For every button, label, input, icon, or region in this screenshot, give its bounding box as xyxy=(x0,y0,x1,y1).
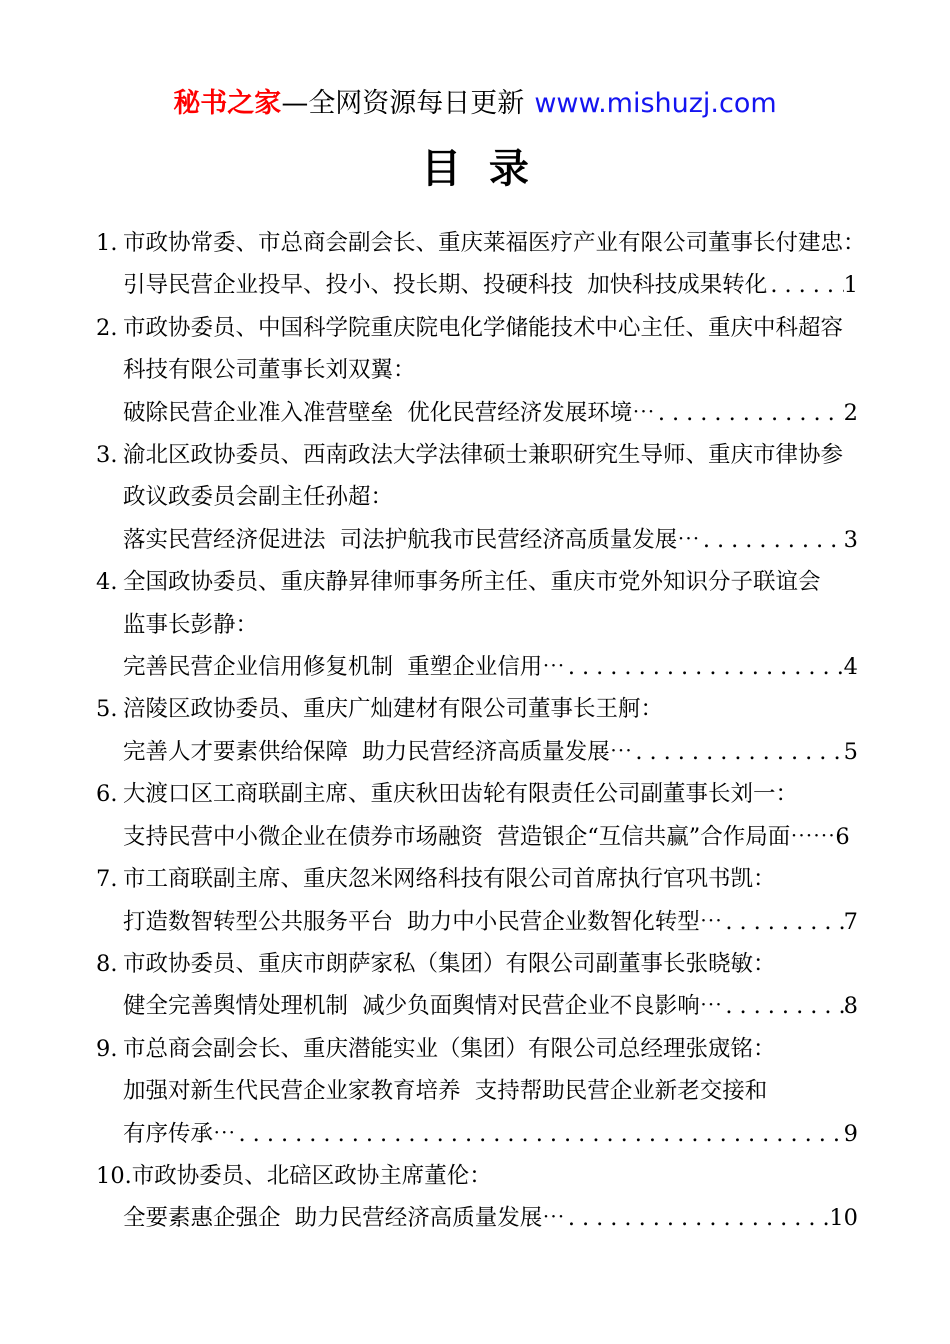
toc-subtitle-text: 打造数智转型公共服务平台 助力中小民营企业数智化转型⋯ xyxy=(123,901,722,943)
toc-subtitle-cont: 加强对新生代民营企业家教育培养 支持帮助民营企业新老交接和 xyxy=(96,1070,858,1112)
toc-number: 5. xyxy=(96,688,123,730)
toc-number: 2. xyxy=(96,307,123,349)
toc-title-line: 6.大渡口区工商联副主席、重庆秋田齿轮有限责任公司副董事长刘一： xyxy=(96,773,858,815)
toc-page-number: 5 xyxy=(844,731,858,773)
toc-title-text: 市政协常委、市总商会副会长、重庆莱福医疗产业有限公司董事长付建忠： xyxy=(123,230,866,256)
toc-number: 10. xyxy=(96,1155,132,1197)
dot-leader: ........................................… xyxy=(236,1113,844,1155)
dot-leader: ........................................… xyxy=(655,392,844,434)
toc-title-line: 7.市工商联副主席、重庆忽米网络科技有限公司首席执行官巩书凯： xyxy=(96,858,858,900)
toc-title-text: 市政协委员、中国科学院重庆院电化学储能技术中心主任、重庆中科超容 xyxy=(123,315,843,341)
toc-subtitle-text: 健全完善舆情处理机制 减少负面舆情对民营企业不良影响⋯ xyxy=(123,985,722,1027)
toc-entry: 10.市政协委员、北碚区政协主席董伦：全要素惠企强企 助力民营经济高质量发展⋯.… xyxy=(96,1155,858,1240)
header-url-link[interactable]: www.mishuzj.com xyxy=(534,88,776,119)
toc-entry: 7.市工商联副主席、重庆忽米网络科技有限公司首席执行官巩书凯：打造数智转型公共服… xyxy=(96,858,858,943)
dot-leader: ........................................… xyxy=(565,646,844,688)
header-tagline: —全网资源每日更新 xyxy=(281,88,524,119)
toc-number: 1. xyxy=(96,222,123,264)
toc-title-text: 涪陵区政协委员、重庆广灿建材有限公司董事长王舸： xyxy=(123,696,663,722)
toc-title-text: 市工商联副主席、重庆忽米网络科技有限公司首席执行官巩书凯： xyxy=(123,866,776,892)
toc-page-number: 10 xyxy=(829,1197,858,1239)
toc-entry: 1.市政协常委、市总商会副会长、重庆莱福医疗产业有限公司董事长付建忠：引导民营企… xyxy=(96,222,858,307)
dot-leader: ........................................… xyxy=(767,264,843,306)
toc-number: 8. xyxy=(96,943,123,985)
toc-subtitle-text: 完善人才要素供给保障 助力民营经济高质量发展⋯ xyxy=(123,731,632,773)
toc-title-line: 4.全国政协委员、重庆静昇律师事务所主任、重庆市党外知识分子联谊会 xyxy=(96,561,858,603)
toc-page-number: 8 xyxy=(844,985,858,1027)
toc-title-text: 市政协委员、北碚区政协主席董伦： xyxy=(132,1163,492,1189)
toc-title-text: 大渡口区工商联副主席、重庆秋田齿轮有限责任公司副董事长刘一： xyxy=(123,781,798,807)
toc-title-text: 渝北区政协委员、西南政法大学法律硕士兼职研究生导师、重庆市律协参 xyxy=(123,442,843,468)
toc-subtitle-line: 完善民营企业信用修复机制 重塑企业信用⋯....................… xyxy=(96,646,858,688)
dot-leader: ........................................… xyxy=(722,901,843,943)
dot-leader: ........................................… xyxy=(565,1197,830,1239)
toc-subtitle-line: 健全完善舆情处理机制 减少负面舆情对民营企业不良影响⋯.............… xyxy=(96,985,858,1027)
toc-title-line: 1.市政协常委、市总商会副会长、重庆莱福医疗产业有限公司董事长付建忠： xyxy=(96,222,858,264)
toc-subtitle-line: 打造数智转型公共服务平台 助力中小民营企业数智化转型⋯.............… xyxy=(96,901,858,943)
toc-entry: 6.大渡口区工商联副主席、重庆秋田齿轮有限责任公司副董事长刘一：支持民营中小微企… xyxy=(96,773,858,858)
toc-subtitle-line: 支持民营中小微企业在债券市场融资 营造银企“互信共赢”合作局面⋯⋯6 xyxy=(96,816,858,858)
toc-entry: 3.渝北区政协委员、西南政法大学法律硕士兼职研究生导师、重庆市律协参政议政委员会… xyxy=(96,434,858,561)
toc-title-line: 3.渝北区政协委员、西南政法大学法律硕士兼职研究生导师、重庆市律协参 xyxy=(96,434,858,476)
toc-subtitle-text: 引导民营企业投早、投小、投长期、投硬科技 加快科技成果转化 xyxy=(123,264,767,306)
dot-leader: ........................................… xyxy=(722,985,843,1027)
toc-title-cont: 政议政委员会副主任孙超： xyxy=(96,476,858,518)
toc-entry: 4.全国政协委员、重庆静昇律师事务所主任、重庆市党外知识分子联谊会监事长彭静：完… xyxy=(96,561,858,688)
toc-page-number: 7 xyxy=(844,901,858,943)
toc-subtitle-line: 落实民营经济促进法 司法护航我市民营经济高质量发展⋯..............… xyxy=(96,519,858,561)
page-title: 目 录 xyxy=(0,142,950,196)
toc-title-line: 10.市政协委员、北碚区政协主席董伦： xyxy=(96,1155,858,1197)
toc-number: 4. xyxy=(96,561,123,603)
toc-list: 1.市政协常委、市总商会副会长、重庆莱福医疗产业有限公司董事长付建忠：引导民营企… xyxy=(96,222,858,1240)
toc-page-number: 6 xyxy=(835,816,849,858)
toc-subtitle-line: 引导民营企业投早、投小、投长期、投硬科技 加快科技成果转化...........… xyxy=(96,264,858,306)
toc-subtitle-text: 完善民营企业信用修复机制 重塑企业信用⋯ xyxy=(123,646,565,688)
dot-leader: ........................................… xyxy=(632,731,843,773)
toc-page-number: 4 xyxy=(844,646,858,688)
toc-title-line: 2.市政协委员、中国科学院重庆院电化学储能技术中心主任、重庆中科超容 xyxy=(96,307,858,349)
toc-entry: 2.市政协委员、中国科学院重庆院电化学储能技术中心主任、重庆中科超容科技有限公司… xyxy=(96,307,858,434)
toc-title-cont: 监事长彭静： xyxy=(96,604,858,646)
toc-title-text: 全国政协委员、重庆静昇律师事务所主任、重庆市党外知识分子联谊会 xyxy=(123,569,821,595)
toc-title-line: 9.市总商会副会长、重庆潜能实业（集团）有限公司总经理张宬铭： xyxy=(96,1028,858,1070)
document-page: { "header": { "brand": "秘书之家", "tagline"… xyxy=(0,0,950,1344)
toc-subtitle-line: 有序传承⋯...................................… xyxy=(96,1113,858,1155)
toc-subtitle-text: 落实民营经济促进法 司法护航我市民营经济高质量发展⋯ xyxy=(123,519,700,561)
doc-header: 秘书之家—全网资源每日更新www.mishuzj.com xyxy=(0,86,950,122)
toc-title-line: 8.市政协委员、重庆市朗萨家私（集团）有限公司副董事长张晓敏： xyxy=(96,943,858,985)
toc-title-text: 市总商会副会长、重庆潜能实业（集团）有限公司总经理张宬铭： xyxy=(123,1036,776,1062)
toc-page-number: 1 xyxy=(844,264,858,306)
toc-title-text: 市政协委员、重庆市朗萨家私（集团）有限公司副董事长张晓敏： xyxy=(123,951,776,977)
toc-page-number: 3 xyxy=(844,519,858,561)
toc-entry: 9.市总商会副会长、重庆潜能实业（集团）有限公司总经理张宬铭：加强对新生代民营企… xyxy=(96,1028,858,1155)
toc-subtitle-line: 完善人才要素供给保障 助力民营经济高质量发展⋯.................… xyxy=(96,731,858,773)
toc-title-cont: 科技有限公司董事长刘双翼： xyxy=(96,349,858,391)
toc-number: 3. xyxy=(96,434,123,476)
toc-subtitle-text: 有序传承⋯ xyxy=(123,1113,236,1155)
toc-entry: 8.市政协委员、重庆市朗萨家私（集团）有限公司副董事长张晓敏：健全完善舆情处理机… xyxy=(96,943,858,1028)
toc-page-number: 9 xyxy=(844,1113,858,1155)
toc-subtitle-text: 全要素惠企强企 助力民营经济高质量发展⋯ xyxy=(123,1197,565,1239)
toc-number: 7. xyxy=(96,858,123,900)
toc-subtitle-text: 支持民营中小微企业在债券市场融资 营造银企“互信共赢”合作局面⋯⋯ xyxy=(123,816,835,858)
toc-page-number: 2 xyxy=(844,392,858,434)
toc-subtitle-line: 全要素惠企强企 助力民营经济高质量发展⋯....................… xyxy=(96,1197,858,1239)
toc-subtitle-text: 破除民营企业准入准营壁垒 优化民营经济发展环境⋯ xyxy=(123,392,655,434)
toc-title-line: 5.涪陵区政协委员、重庆广灿建材有限公司董事长王舸： xyxy=(96,688,858,730)
toc-number: 6. xyxy=(96,773,123,815)
brand-text: 秘书之家 xyxy=(173,88,281,119)
toc-number: 9. xyxy=(96,1028,123,1070)
dot-leader: ........................................… xyxy=(700,519,844,561)
toc-entry: 5.涪陵区政协委员、重庆广灿建材有限公司董事长王舸：完善人才要素供给保障 助力民… xyxy=(96,688,858,773)
toc-subtitle-line: 破除民营企业准入准营壁垒 优化民营经济发展环境⋯................… xyxy=(96,392,858,434)
